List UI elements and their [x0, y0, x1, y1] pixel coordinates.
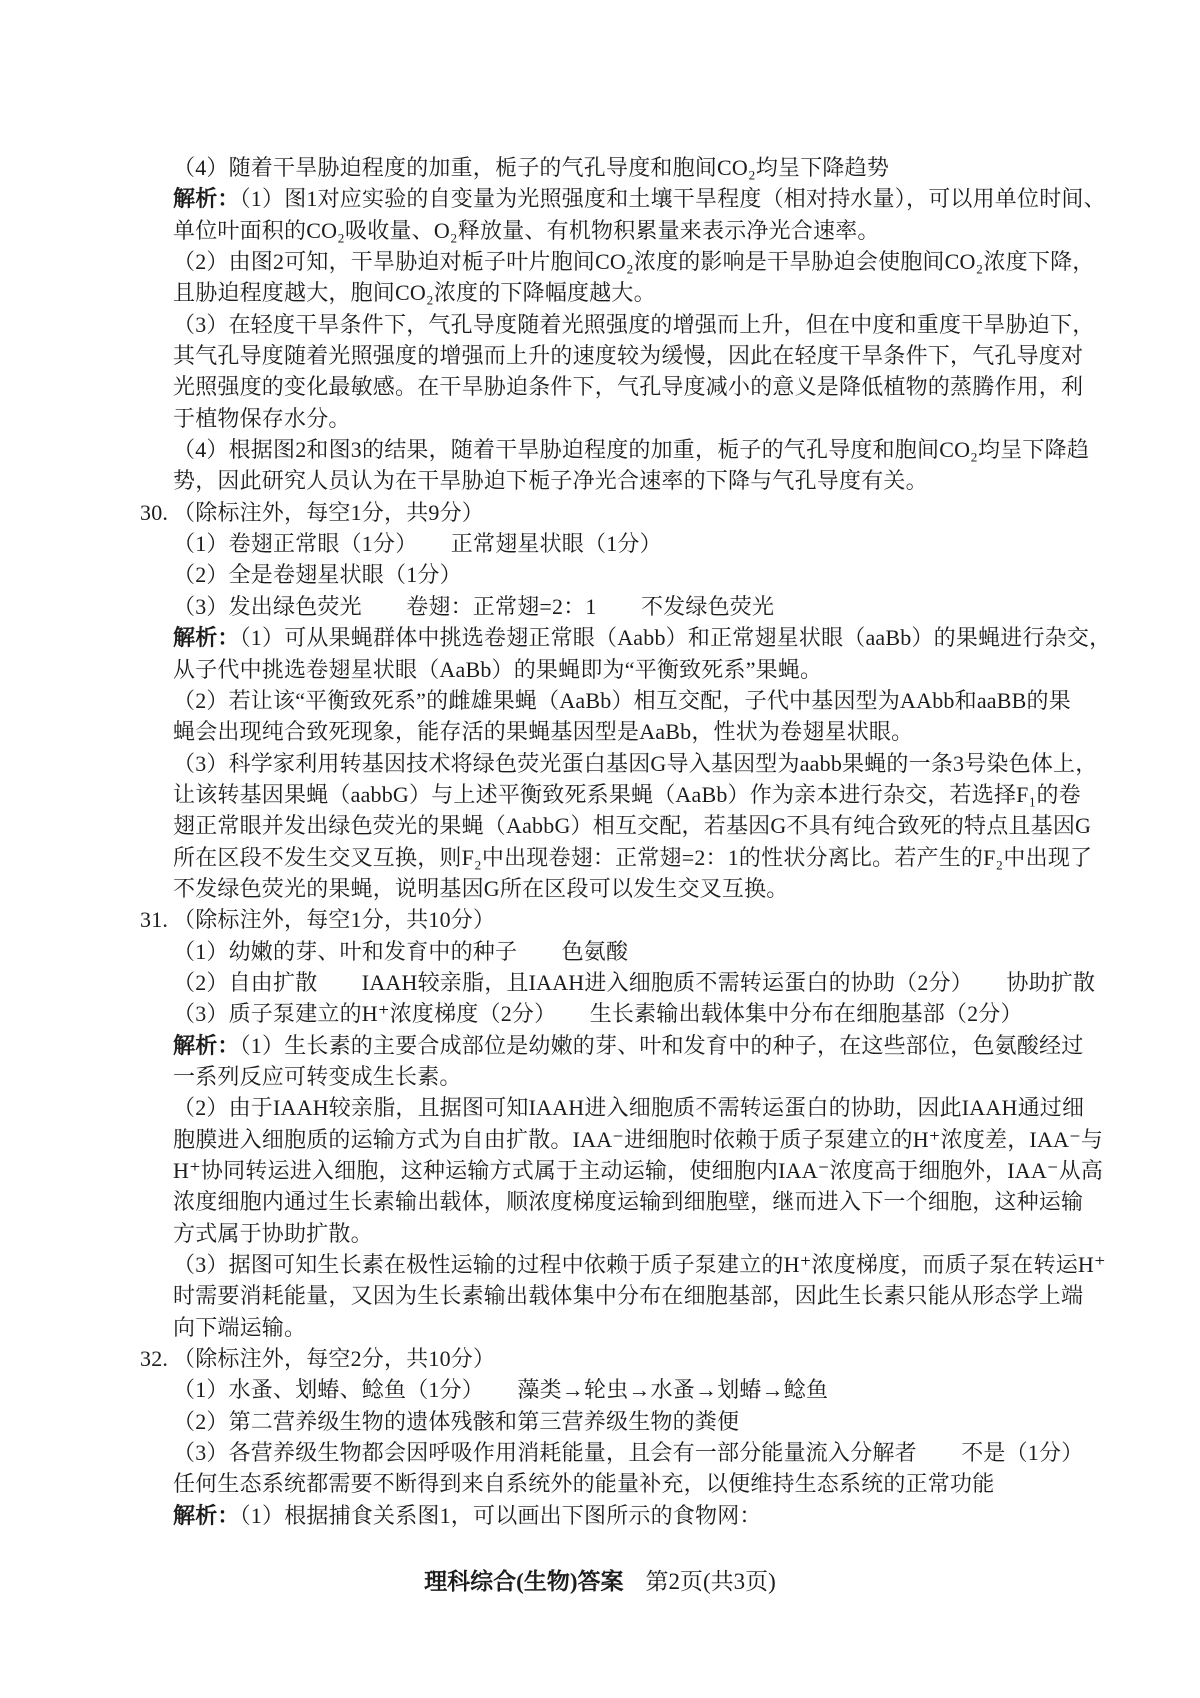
line-text: 其气孔导度随着光照强度的增强而上升的速度较为缓慢，因此在轻度干旱条件下，气孔导度… — [173, 343, 1083, 368]
analysis-label: 解析： — [173, 625, 240, 650]
line-text: 蝇会出现纯合致死现象，能存活的果蝇基因型是AaBb，性状为卷翅星状眼。 — [173, 719, 913, 744]
content-lines: （4）随着干旱胁迫程度的加重，栀子的气孔导度和胞间CO₂均呈下降趋势解析：（1）… — [140, 152, 1080, 1531]
line-text: （2）全是卷翅星状眼（1分） — [173, 562, 462, 587]
line-text: （2）若让该“平衡致死系”的雌雄果蝇（AaBb）相互交配，子代中基因型为AAbb… — [173, 688, 1071, 713]
answer-line: 单位叶面积的CO₂吸收量、O₂释放量、有机物积累量来表示净光合速率。 — [140, 215, 1080, 246]
answer-line: 光照强度的变化最敏感。在干旱胁迫条件下，气孔导度减小的意义是降低植物的蒸腾作用，… — [140, 371, 1080, 402]
line-text: （2）由图2可知，干旱胁迫对栀子叶片胞间CO₂浓度的影响是干旱胁迫会使胞间CO₂… — [173, 249, 1094, 274]
question-line: 31.（除标注外，每空1分，共10分） — [140, 904, 1080, 935]
line-text: （3）据图可知生长素在极性运输的过程中依赖于质子泵建立的H⁺浓度梯度，而质子泵在… — [173, 1252, 1106, 1277]
answer-line: 解析：（1）图1对应实验的自变量为光照强度和土壤干旱程度（相对持水量），可以用单… — [140, 183, 1080, 214]
line-text: 翅正常眼并发出绿色荧光的果蝇（AabbG）相互交配，若基因G不具有纯合致死的特点… — [173, 813, 1091, 838]
line-text: 任何生态系统都需要不断得到来自系统外的能量补充，以便维持生态系统的正常功能 — [173, 1471, 994, 1496]
answer-line: （3）科学家利用转基因技术将绿色荧光蛋白基因G导入基因型为aabb果蝇的一条3号… — [140, 748, 1080, 779]
line-text: 向下端运输。 — [173, 1315, 306, 1340]
line-text: （1）水蚤、划蝽、鲶鱼（1分） 藻类→轮虫→水蚤→划蝽→鲶鱼 — [173, 1377, 828, 1402]
line-text: （1）可从果蝇群体中挑选卷翅正常眼（Aabb）和正常翅星状眼（aaBb）的果蝇进… — [240, 625, 1112, 650]
line-text: （2）自由扩散 IAAH较亲脂，且IAAH进入细胞质不需转运蛋白的协助（2分） … — [173, 970, 1095, 995]
line-text: 方式属于协助扩散。 — [173, 1221, 373, 1246]
answer-line: （3）据图可知生长素在极性运输的过程中依赖于质子泵建立的H⁺浓度梯度，而质子泵在… — [140, 1249, 1080, 1280]
answer-line: （1）幼嫩的芽、叶和发育中的种子 色氨酸 — [140, 936, 1080, 967]
line-text: 于植物保存水分。 — [173, 406, 351, 431]
line-text: 势，因此研究人员认为在干旱胁迫下栀子净光合速率的下降与气孔导度有关。 — [173, 468, 928, 493]
line-text: 所在区段不发生交叉互换，则F₂中出现卷翅：正常翅=2：1的性状分离比。若产生的F… — [173, 845, 1092, 870]
answer-line: （3）质子泵建立的H⁺浓度梯度（2分） 生长素输出载体集中分布在细胞基部（2分） — [140, 998, 1080, 1029]
line-text: （除标注外，每空1分，共10分） — [173, 907, 495, 932]
line-text: （2）由于IAAH较亲脂，且据图可知IAAH进入细胞质不需转运蛋白的协助，因此I… — [173, 1095, 1084, 1120]
answer-line: 不发绿色荧光的果蝇，说明基因G所在区段可以发生交叉互换。 — [140, 873, 1080, 904]
line-text: 且胁迫程度越大，胞间CO₂浓度的下降幅度越大。 — [173, 280, 656, 305]
line-text: 光照强度的变化最敏感。在干旱胁迫条件下，气孔导度减小的意义是降低植物的蒸腾作用，… — [173, 374, 1083, 399]
line-text: 从子代中挑选卷翅星状眼（AaBb）的果蝇即为“平衡致死系”果蝇。 — [173, 657, 822, 682]
answer-line: 胞膜进入细胞质的运输方式为自由扩散。IAA⁻进细胞时依赖于质子泵建立的H⁺浓度差… — [140, 1124, 1080, 1155]
answer-line: 时需要消耗能量，又因为生长素输出载体集中分布在细胞基部，因此生长素只能从形态学上… — [140, 1280, 1080, 1311]
answer-line: （3）在轻度干旱条件下，气孔导度随着光照强度的增强而上升，但在中度和重度干旱胁迫… — [140, 309, 1080, 340]
answer-line: 蝇会出现纯合致死现象，能存活的果蝇基因型是AaBb，性状为卷翅星状眼。 — [140, 716, 1080, 747]
answer-line: 且胁迫程度越大，胞间CO₂浓度的下降幅度越大。 — [140, 277, 1080, 308]
line-text: （4）根据图2和图3的结果，随着干旱胁迫程度的加重，栀子的气孔导度和胞间CO₂均… — [173, 437, 1089, 462]
answer-line: H⁺协同转运进入细胞，这种运输方式属于主动运输，使细胞内IAA⁻浓度高于细胞外，… — [140, 1155, 1080, 1186]
answer-line: 浓度细胞内通过生长素输出载体，顺浓度梯度运输到细胞壁，继而进入下一个细胞，这种运… — [140, 1186, 1080, 1217]
line-text: （1）生长素的主要合成部位是幼嫩的芽、叶和发育中的种子，在这些部位，色氨酸经过 — [240, 1033, 1084, 1058]
line-text: （1）图1对应实验的自变量为光照强度和土壤干旱程度（相对持水量），可以用单位时间… — [240, 186, 1106, 211]
answer-line: （2）由图2可知，干旱胁迫对栀子叶片胞间CO₂浓度的影响是干旱胁迫会使胞间CO₂… — [140, 246, 1080, 277]
line-text: 一系列反应可转变成生长素。 — [173, 1064, 462, 1089]
answer-line: （2）自由扩散 IAAH较亲脂，且IAAH进入细胞质不需转运蛋白的协助（2分） … — [140, 967, 1080, 998]
answer-line: 向下端运输。 — [140, 1312, 1080, 1343]
question-number: 30. — [140, 497, 173, 528]
line-text: 浓度细胞内通过生长素输出载体，顺浓度梯度运输到细胞壁，继而进入下一个细胞，这种运… — [173, 1189, 1083, 1214]
line-text: （4）随着干旱胁迫程度的加重，栀子的气孔导度和胞间CO₂均呈下降趋势 — [173, 155, 889, 180]
answer-line: （3）发出绿色荧光 卷翅：正常翅=2：1 不发绿色荧光 — [140, 591, 1080, 622]
analysis-label: 解析： — [173, 186, 240, 211]
question-number: 31. — [140, 904, 173, 935]
answer-line: 所在区段不发生交叉互换，则F₂中出现卷翅：正常翅=2：1的性状分离比。若产生的F… — [140, 842, 1080, 873]
analysis-label: 解析： — [173, 1033, 240, 1058]
analysis-label: 解析： — [173, 1503, 240, 1528]
line-text: 不发绿色荧光的果蝇，说明基因G所在区段可以发生交叉互换。 — [173, 876, 789, 901]
line-text: 单位叶面积的CO₂吸收量、O₂释放量、有机物积累量来表示净光合速率。 — [173, 218, 880, 243]
answer-sheet-page: （4）随着干旱胁迫程度的加重，栀子的气孔导度和胞间CO₂均呈下降趋势解析：（1）… — [0, 0, 1200, 1698]
line-text: （1）根据捕食关系图1，可以画出下图所示的食物网： — [240, 1503, 762, 1528]
question-number: 32. — [140, 1343, 173, 1374]
line-text: （1）幼嫩的芽、叶和发育中的种子 色氨酸 — [173, 939, 628, 964]
line-text: （3）各营养级生物都会因呼吸作用消耗能量，且会有一部分能量流入分解者 不是（1分… — [173, 1440, 1083, 1465]
answer-line: （4）随着干旱胁迫程度的加重，栀子的气孔导度和胞间CO₂均呈下降趋势 — [140, 152, 1080, 183]
answer-line: （2）由于IAAH较亲脂，且据图可知IAAH进入细胞质不需转运蛋白的协助，因此I… — [140, 1092, 1080, 1123]
answer-line: 翅正常眼并发出绿色荧光的果蝇（AabbG）相互交配，若基因G不具有纯合致死的特点… — [140, 810, 1080, 841]
answer-line: （2）若让该“平衡致死系”的雌雄果蝇（AaBb）相互交配，子代中基因型为AAbb… — [140, 685, 1080, 716]
line-text: H⁺协同转运进入细胞，这种运输方式属于主动运输，使细胞内IAA⁻浓度高于细胞外，… — [173, 1158, 1103, 1183]
answer-line: （2）第二营养级生物的遗体残骸和第三营养级生物的粪便 — [140, 1406, 1080, 1437]
answer-line: 任何生态系统都需要不断得到来自系统外的能量补充，以便维持生态系统的正常功能 — [140, 1468, 1080, 1499]
answer-line: （3）各营养级生物都会因呼吸作用消耗能量，且会有一部分能量流入分解者 不是（1分… — [140, 1437, 1080, 1468]
question-line: 30.（除标注外，每空1分，共9分） — [140, 497, 1080, 528]
answer-line: 从子代中挑选卷翅星状眼（AaBb）的果蝇即为“平衡致死系”果蝇。 — [140, 654, 1080, 685]
answer-line: 解析：（1）可从果蝇群体中挑选卷翅正常眼（Aabb）和正常翅星状眼（aaBb）的… — [140, 622, 1080, 653]
answer-line: （1）水蚤、划蝽、鲶鱼（1分） 藻类→轮虫→水蚤→划蝽→鲶鱼 — [140, 1374, 1080, 1405]
line-text: （3）科学家利用转基因技术将绿色荧光蛋白基因G导入基因型为aabb果蝇的一条3号… — [173, 751, 1097, 776]
answer-line: （4）根据图2和图3的结果，随着干旱胁迫程度的加重，栀子的气孔导度和胞间CO₂均… — [140, 434, 1080, 465]
answer-line: （1）卷翅正常眼（1分） 正常翅星状眼（1分） — [140, 528, 1080, 559]
footer-page-indicator: 第2页(共3页) — [646, 1569, 776, 1594]
footer-doc-title: 理科综合(生物)答案 — [424, 1569, 623, 1594]
line-text: （除标注外，每空1分，共9分） — [173, 500, 484, 525]
line-text: （2）第二营养级生物的遗体残骸和第三营养级生物的粪便 — [173, 1409, 739, 1434]
answer-line: 解析：（1）生长素的主要合成部位是幼嫩的芽、叶和发育中的种子，在这些部位，色氨酸… — [140, 1030, 1080, 1061]
answer-line: 方式属于协助扩散。 — [140, 1218, 1080, 1249]
line-text: 时需要消耗能量，又因为生长素输出载体集中分布在细胞基部，因此生长素只能从形态学上… — [173, 1283, 1083, 1308]
question-line: 32.（除标注外，每空2分，共10分） — [140, 1343, 1080, 1374]
answer-line: 让该转基因果蝇（aabbG）与上述平衡致死系果蝇（AaBb）作为亲本进行杂交，若… — [140, 779, 1080, 810]
answer-line: 其气孔导度随着光照强度的增强而上升的速度较为缓慢，因此在轻度干旱条件下，气孔导度… — [140, 340, 1080, 371]
line-text: （3）质子泵建立的H⁺浓度梯度（2分） 生长素输出载体集中分布在细胞基部（2分） — [173, 1001, 1023, 1026]
line-text: （1）卷翅正常眼（1分） 正常翅星状眼（1分） — [173, 531, 662, 556]
line-text: （3）在轻度干旱条件下，气孔导度随着光照强度的增强而上升，但在中度和重度干旱胁迫… — [173, 312, 1094, 337]
answer-line: 解析：（1）根据捕食关系图1，可以画出下图所示的食物网： — [140, 1500, 1080, 1531]
answer-line: 势，因此研究人员认为在干旱胁迫下栀子净光合速率的下降与气孔导度有关。 — [140, 465, 1080, 496]
line-text: （除标注外，每空2分，共10分） — [173, 1346, 495, 1371]
line-text: 让该转基因果蝇（aabbG）与上述平衡致死系果蝇（AaBb）作为亲本进行杂交，若… — [173, 782, 1081, 807]
answer-line: （2）全是卷翅星状眼（1分） — [140, 559, 1080, 590]
answer-line: 一系列反应可转变成生长素。 — [140, 1061, 1080, 1092]
line-text: 胞膜进入细胞质的运输方式为自由扩散。IAA⁻进细胞时依赖于质子泵建立的H⁺浓度差… — [173, 1127, 1103, 1152]
page-footer: 理科综合(生物)答案第2页(共3页) — [0, 1566, 1200, 1598]
answer-line: 于植物保存水分。 — [140, 403, 1080, 434]
line-text: （3）发出绿色荧光 卷翅：正常翅=2：1 不发绿色荧光 — [173, 594, 774, 619]
